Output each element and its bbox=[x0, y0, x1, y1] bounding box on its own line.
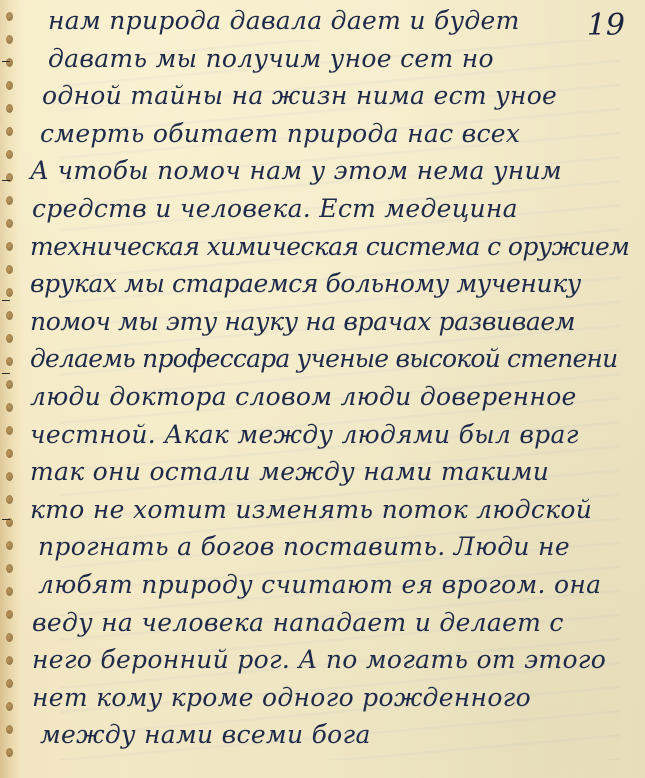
binding-hole-icon bbox=[6, 58, 13, 67]
text-line: давать мы получим уное сет но bbox=[30, 40, 620, 78]
notebook-page: 19 нам природа давала дает и будет дават… bbox=[0, 0, 645, 778]
binding-hole-icon bbox=[6, 748, 13, 757]
binding-hole-icon bbox=[6, 150, 13, 159]
binding-hole-icon bbox=[6, 380, 13, 389]
binding-hole-icon bbox=[6, 426, 13, 435]
binding-hole-icon bbox=[6, 196, 13, 205]
binding-hole-icon bbox=[6, 81, 13, 90]
text-line: вруках мы стараемся больному мученику bbox=[30, 265, 620, 303]
binding-hole-icon bbox=[6, 357, 13, 366]
text-line: веду на человека нападает и делает с bbox=[30, 604, 620, 642]
binding-hole-icon bbox=[6, 334, 13, 343]
text-line: делаемь професcара ученые высокой степен… bbox=[30, 340, 620, 378]
margin-mark bbox=[2, 180, 10, 181]
binding-hole-icon bbox=[6, 633, 13, 642]
margin-mark bbox=[2, 300, 10, 301]
text-line: нет кому кроме одного рожденного bbox=[30, 679, 620, 717]
handwritten-text: нам природа давала дает и будет давать м… bbox=[30, 2, 620, 754]
binding-hole-icon bbox=[6, 610, 13, 619]
binding-hole-icon bbox=[6, 449, 13, 458]
text-line: кто не хотит изменять поток людской bbox=[30, 491, 620, 529]
margin-mark bbox=[2, 519, 10, 520]
text-line: так они остали между нами такими bbox=[30, 453, 620, 491]
binding-hole-icon bbox=[6, 656, 13, 665]
text-line: между нами всеми бога bbox=[30, 716, 620, 754]
binding-hole-icon bbox=[6, 495, 13, 504]
binding-hole-icon bbox=[6, 564, 13, 573]
text-line: помоч мы эту науку на врачах развиваем bbox=[30, 303, 620, 341]
binding-hole-icon bbox=[6, 587, 13, 596]
binding-hole-icon bbox=[6, 265, 13, 274]
binding-hole-icon bbox=[6, 35, 13, 44]
text-line: люди доктора словом люди доверенное bbox=[30, 378, 620, 416]
binding-hole-icon bbox=[6, 472, 13, 481]
binding-hole-icon bbox=[6, 541, 13, 550]
binding-hole-icon bbox=[6, 403, 13, 412]
binding-hole-icon bbox=[6, 679, 13, 688]
binding-hole-icon bbox=[6, 127, 13, 136]
margin-mark bbox=[2, 61, 10, 62]
margin-mark bbox=[2, 373, 10, 374]
binding-hole-icon bbox=[6, 219, 13, 228]
text-line: прогнать а богов поставить. Люди не bbox=[30, 528, 620, 566]
spiral-binding bbox=[0, 0, 22, 778]
text-line: техническая химическая система с оружием bbox=[30, 228, 620, 266]
text-line: А чтобы помоч нам у этом нема уним bbox=[30, 152, 620, 190]
text-line: честной. Акак между людями был враг bbox=[30, 416, 620, 454]
text-line: него беронний рог. А по могать от этого bbox=[30, 641, 620, 679]
text-line: нам природа давала дает и будет bbox=[30, 2, 620, 40]
text-line: одной тайны на жизн нима ест уное bbox=[30, 77, 620, 115]
binding-hole-icon bbox=[6, 288, 13, 297]
binding-hole-icon bbox=[6, 12, 13, 21]
binding-hole-icon bbox=[6, 702, 13, 711]
text-line: смерть обитает природа нас всех bbox=[30, 115, 620, 153]
binding-hole-icon bbox=[6, 725, 13, 734]
text-line: средств и человека. Ест медецина bbox=[30, 190, 620, 228]
binding-hole-icon bbox=[6, 104, 13, 113]
binding-hole-icon bbox=[6, 311, 13, 320]
binding-hole-icon bbox=[6, 242, 13, 251]
text-line: любят природу считают ея врогом. она bbox=[30, 566, 620, 604]
